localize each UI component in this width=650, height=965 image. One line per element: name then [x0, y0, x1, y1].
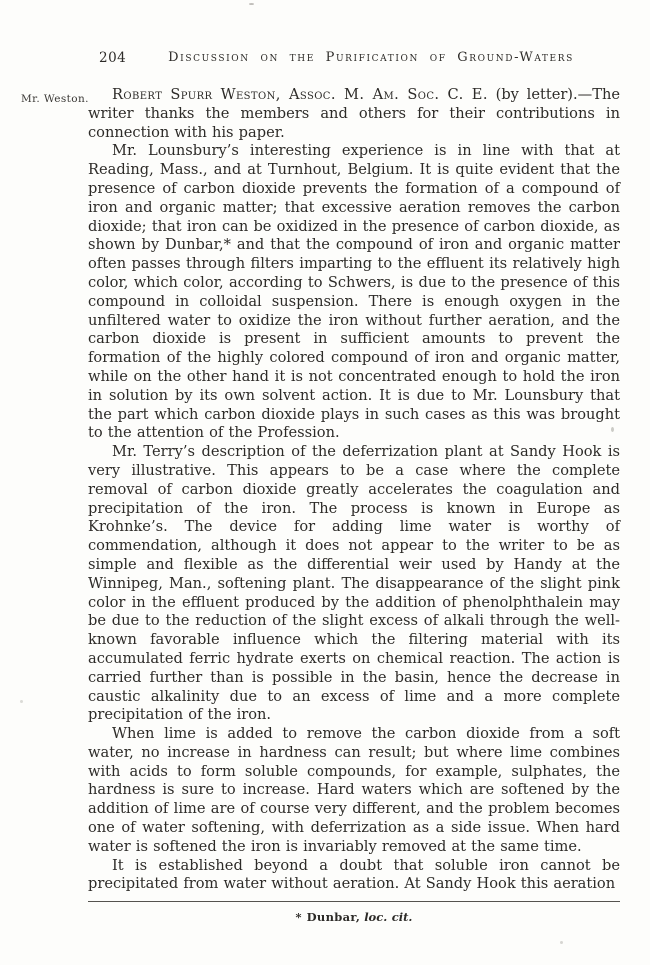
footnote-reference: * Dunbar,	[296, 910, 361, 924]
scan-speck	[560, 941, 563, 944]
running-title: Discussion on the Purification of Ground…	[88, 50, 620, 65]
text-column: Robert Spurr Weston, Assoc. M. Am. Soc. …	[88, 86, 620, 927]
footnote-rule	[88, 901, 620, 902]
footnote: * Dunbar,loc. cit.	[88, 908, 620, 927]
page-header: 204 Discussion on the Purification of Gr…	[88, 50, 620, 70]
paragraph-lime: When lime is added to remove the carbon …	[88, 725, 620, 857]
margin-note-speaker: Mr. Weston.	[21, 93, 89, 105]
speaker-name: Robert Spurr Weston, Assoc. M. Am. Soc. …	[112, 86, 488, 103]
scan-speck	[20, 700, 23, 703]
page-number: 204	[99, 50, 126, 66]
paragraph-intro: Robert Spurr Weston, Assoc. M. Am. Soc. …	[88, 86, 620, 142]
paragraph-terry: Mr. Terry’s description of the deferriza…	[88, 443, 620, 725]
scan-speck	[249, 3, 254, 5]
book-page: 204 Discussion on the Purification of Gr…	[0, 0, 650, 965]
paragraph-lounsbury: Mr. Lounsbury’s interesting experience i…	[88, 142, 620, 443]
footnote-citation: loc. cit.	[364, 910, 412, 924]
paragraph-aeration: It is established beyond a doubt that so…	[88, 857, 620, 895]
